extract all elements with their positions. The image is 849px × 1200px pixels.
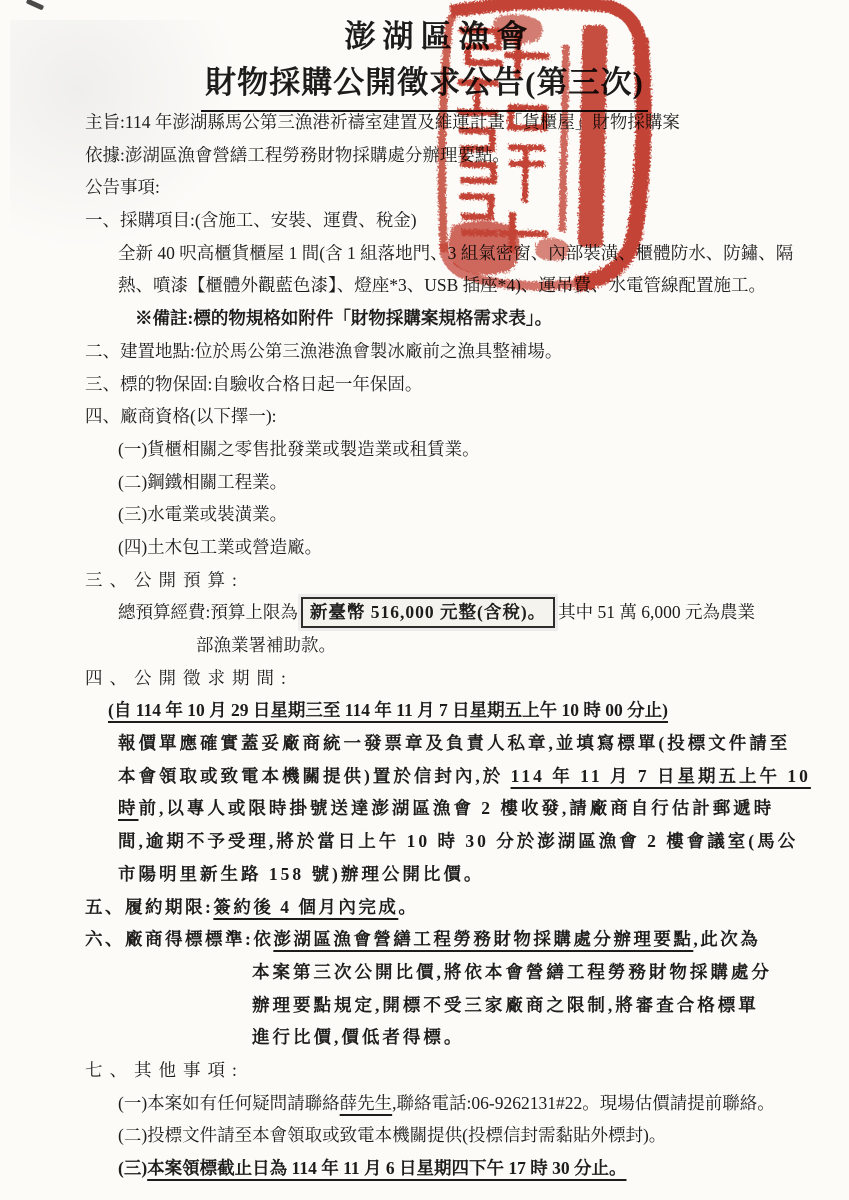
text-segment: 市陽明里新生路 158 號)辦理公開比價。	[118, 864, 484, 884]
text-line: 六、廠商得標標準:依澎湖區漁會營繕工程勞務財物採購處分辦理要點,此次為	[0, 923, 849, 956]
text-segment: 四、公開徵求期間:	[85, 668, 293, 688]
organization-title: 澎湖區漁會	[0, 16, 849, 58]
text-line: (四)土木包工業或營造廠。	[0, 531, 849, 564]
text-segment: 薛先生	[340, 1093, 393, 1113]
text-segment: 三、公開預算:	[85, 570, 244, 590]
text-line: 熱、噴漆【櫃體外觀藍色漆】、燈座*3、USB 插座*4)、運吊費、水電管線配置施…	[0, 269, 849, 302]
text-line: 進行比價,價低者得標。	[0, 1021, 849, 1054]
text-segment: 公告事項:	[85, 177, 160, 197]
text-segment: ※備註:標的物規格如附件「財物採購案規格需求表」。	[135, 308, 552, 328]
text-line: 報價單應確實蓋妥廠商統一發票章及負責人私章,並填寫標單(投標文件請至	[0, 727, 849, 760]
budget-amount-box: 新臺幣 516,000 元整(含稅)。	[301, 597, 555, 628]
text-line: 四、公開徵求期間:	[0, 662, 849, 695]
text-segment: 五、履約期限:	[85, 897, 213, 917]
text-line: 四、廠商資格(以下擇一):	[0, 400, 849, 433]
text-segment: 本案第三次公開比價,將依本會營繕工程勞務財物採購處分	[252, 962, 772, 982]
text-segment: (一)本案如有任何疑問請聯絡	[118, 1093, 340, 1113]
text-line: (一)貨櫃相關之零售批發業或製造業或租賃業。	[0, 433, 849, 466]
text-line: (自 114 年 10 月 29 日星期三至 114 年 11 月 7 日星期五…	[0, 694, 849, 727]
text-line: 總預算經費:預算上限為新臺幣 516,000 元整(含稅)。其中 51 萬 6,…	[0, 596, 849, 629]
text-line: 間,逾期不予受理,將於當日上午 10 時 30 分於澎湖區漁會 2 樓會議室(馬…	[0, 825, 849, 858]
text-segment: (二)鋼鐵相關工程業。	[118, 472, 287, 492]
text-line: 依據:澎湖區漁會營繕工程勞務財物採購處分辦理要點。	[0, 139, 849, 172]
text-line: 部漁業署補助款。	[0, 629, 849, 662]
text-segment: 時	[118, 798, 139, 818]
text-segment: (三)水電業或裝潢業。	[118, 504, 287, 524]
text-segment: 置於信封內,於	[373, 766, 511, 786]
text-line: 主旨:114 年澎湖縣馬公第三漁港祈禱室建置及維運計畫「貨櫃屋」財物採購案	[0, 106, 849, 139]
text-segment: 依據:澎湖區漁會營繕工程勞務財物採購處分辦理要點。	[85, 145, 510, 165]
text-segment: 部漁業署補助款。	[196, 635, 336, 655]
text-line: (二)投標文件請至本會領取或致電本機關提供(投標信封需黏貼外標封)。	[0, 1119, 849, 1152]
document-title-text: 財物採購公開徵求公告(第三次)	[201, 59, 648, 112]
text-line: 時前,以專人或限時掛號送達澎湖區漁會 2 樓收發,請廠商自行估計郵遞時	[0, 792, 849, 825]
text-line: 七、其他事項:	[0, 1054, 849, 1087]
text-segment: (四)土木包工業或營造廠。	[118, 537, 322, 557]
text-segment: 辦理要點規定,開標不受三家廠商之限制,將審查合格標單	[252, 995, 759, 1015]
document-title: 財物採購公開徵求公告(第三次)	[0, 59, 849, 113]
text-segment: 簽約後 4 個月內完成	[213, 897, 398, 917]
text-line: 一、採購項目:(含施工、安裝、運費、稅金)	[0, 204, 849, 237]
document-header: 澎湖區漁會 財物採購公開徵求公告(第三次)	[0, 16, 849, 113]
text-segment: 四、廠商資格(以下擇一):	[85, 406, 277, 426]
text-segment: ,此次為	[693, 929, 760, 949]
text-segment: (自 114 年 10 月 29 日星期三至 114 年 11 月 7 日星期五…	[108, 700, 668, 720]
text-line: 五、履約期限:簽約後 4 個月內完成。	[0, 891, 849, 924]
text-line: 辦理要點規定,開標不受三家廠商之限制,將審查合格標單	[0, 989, 849, 1022]
text-line: (一)本案如有任何疑問請聯絡薛先生,聯絡電話:06-9262131#22。現場估…	[0, 1087, 849, 1120]
text-segment: 總預算經費:預算上限為	[118, 602, 298, 622]
text-line: 三、標的物保固:自驗收合格日起一年保固。	[0, 368, 849, 401]
text-segment: 報價單應確實蓋妥廠商統一發票章及負責人私章,	[118, 733, 556, 753]
text-line: 公告事項:	[0, 171, 849, 204]
text-segment: ,聯絡電話:06-9262131#22。現場估價請提前聯絡。	[392, 1093, 775, 1113]
text-segment: 其中 51 萬 6,000 元為農業	[558, 602, 755, 622]
text-segment: 。	[398, 897, 418, 917]
text-line: (三)水電業或裝潢業。	[0, 498, 849, 531]
text-line: 全新 40 呎高櫃貨櫃屋 1 間(含 1 組落地門、3 組氣密窗、內部裝潢、櫃體…	[0, 237, 849, 270]
text-line: 本案第三次公開比價,將依本會營繕工程勞務財物採購處分	[0, 956, 849, 989]
text-segment: 一、採購項目:(含施工、安裝、運費、稅金)	[85, 210, 417, 230]
text-segment: 七、其他事項:	[85, 1060, 244, 1080]
text-segment: 並填寫標單(投標文件請至	[556, 733, 790, 753]
text-segment: 熱、噴漆【櫃體外觀藍色漆】、燈座*3、USB 插座*4)、運吊費、水電管線配置施…	[118, 275, 766, 295]
text-line: (三)本案領標截止日為 114 年 11 月 6 日星期四下午 17 時 30 …	[0, 1152, 849, 1185]
text-segment: (三)	[118, 1158, 147, 1178]
text-segment: 主旨:114 年澎湖縣馬公第三漁港祈禱室建置及維運計畫「貨櫃屋」財物採購案	[85, 112, 680, 132]
text-segment: (一)貨櫃相關之零售批發業或製造業或租賃業。	[118, 439, 480, 459]
document-lines: 主旨:114 年澎湖縣馬公第三漁港祈禱室建置及維運計畫「貨櫃屋」財物採購案依據:…	[0, 106, 849, 1185]
text-segment: 間,逾期不予受理,將於當日上午 10 時 30 分於澎湖區漁會 2 樓會議室(馬…	[118, 831, 798, 851]
text-segment: 依	[253, 929, 273, 949]
text-segment: 六、廠商得標標準:	[85, 929, 253, 949]
text-line: 二、建置地點:位於馬公第三漁港漁會製冰廠前之漁具整補場。	[0, 335, 849, 368]
text-segment: 進行比價,價低者得標。	[252, 1027, 464, 1047]
text-line: (二)鋼鐵相關工程業。	[0, 466, 849, 499]
text-line: ※備註:標的物規格如附件「財物採購案規格需求表」。	[0, 302, 849, 335]
text-segment: 全新 40 呎高櫃貨櫃屋 1 間(含 1 組落地門、3 組氣密窗、內部裝潢、櫃體…	[118, 243, 793, 263]
text-segment: (二)投標文件請至本會領取或致電本機關提供(投標信封需黏貼外標封)。	[118, 1125, 666, 1145]
text-segment: 澎湖區漁會營繕工程勞務財物採購處分辦理要點	[273, 929, 693, 949]
text-line: 三、公開預算:	[0, 564, 849, 597]
text-segment: 本案領標截止日為 114 年 11 月 6 日星期四下午 17 時 30 分止。	[147, 1158, 626, 1178]
text-segment: 三、標的物保固:自驗收合格日起一年保固。	[85, 374, 422, 394]
text-line: 市陽明里新生路 158 號)辦理公開比價。	[0, 858, 849, 891]
text-segment: 114 年 11 月 7 日星期五上午 10	[511, 766, 811, 786]
text-line: 本會領取或致電本機關提供)置於信封內,於 114 年 11 月 7 日星期五上午…	[0, 760, 849, 793]
scan-corner-mark	[26, 0, 44, 10]
text-segment: 本會領取或致電本機關提供)	[118, 766, 373, 786]
text-segment: 二、建置地點:位於馬公第三漁港漁會製冰廠前之漁具整補場。	[85, 341, 562, 361]
text-segment: 前,以專人或限時掛號送達澎湖區漁會 2 樓收發,請廠商自行估計郵遞時	[139, 798, 775, 818]
